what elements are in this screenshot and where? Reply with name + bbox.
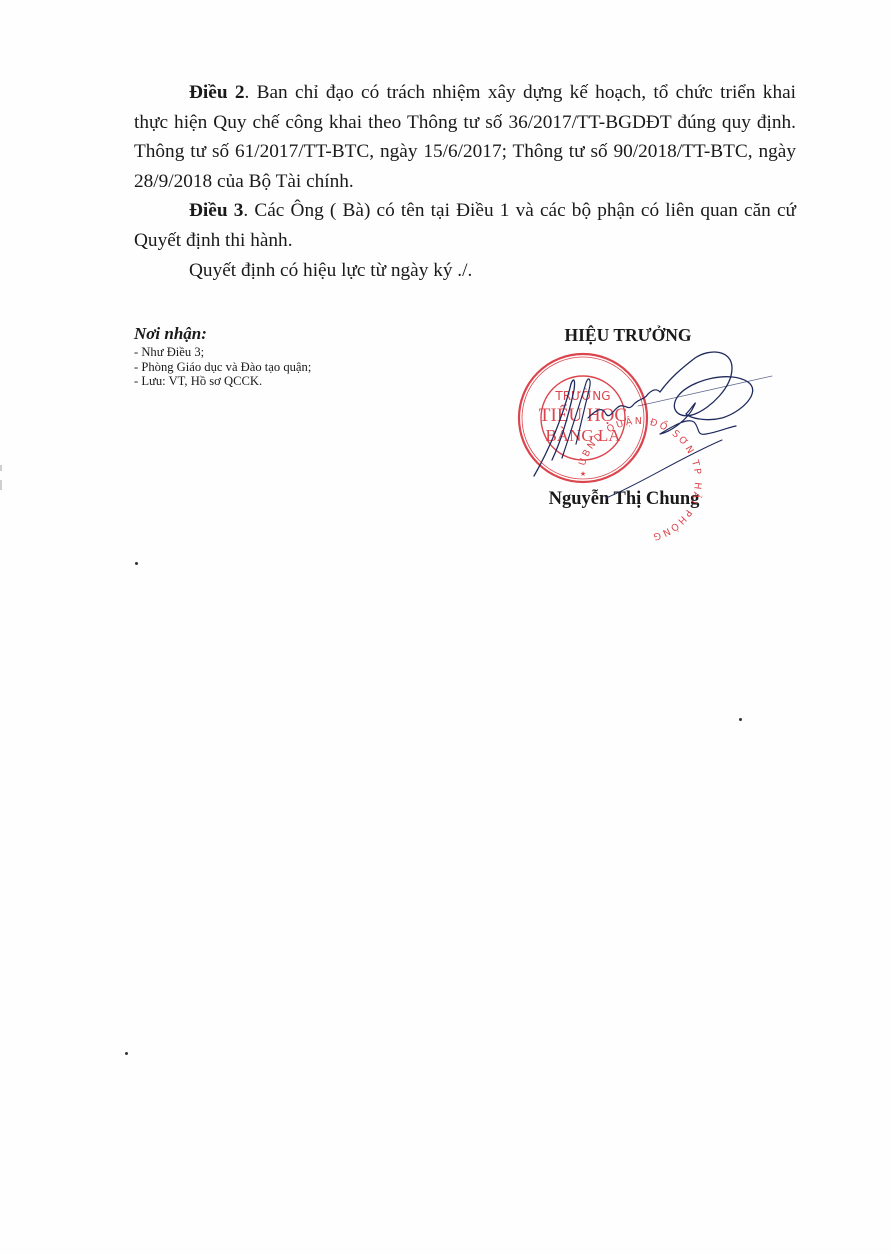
official-stamp-and-signature: UBND QUẬN ĐỒ SƠN TP HẢI PHÒNG TRƯỜNG TIỂ… [510,348,800,498]
recipient-item: - Phòng Giáo dục và Đào tạo quận; [134,360,434,375]
scan-speck [125,1052,128,1055]
article-2-label: Điều 2 [189,82,245,103]
scan-speck [739,718,742,721]
article-2: Điều 2. Ban chỉ đạo có trách nhiệm xây d… [134,78,796,196]
scan-speck [135,562,138,565]
article-3: Điều 3. Các Ông ( Bà) có tên tại Điều 1 … [134,196,796,255]
scan-edge-mark [0,465,2,471]
recipient-item: - Lưu: VT, Hồ sơ QCCK. [134,374,434,389]
article-3-label: Điều 3 [189,200,243,221]
scan-edge-mark [0,480,2,490]
recipients-title: Nơi nhận: [134,323,434,345]
recipients-block: Nơi nhận: - Như Điều 3; - Phòng Giáo dục… [134,323,434,389]
svg-text:★: ★ [580,470,586,478]
recipient-item: - Như Điều 3; [134,345,434,360]
document-body: Điều 2. Ban chỉ đạo có trách nhiệm xây d… [134,78,796,285]
effective-clause-text: Quyết định có hiệu lực từ ngày ký ./. [189,260,472,281]
signer-title: HIỆU TRƯỞNG [500,324,756,346]
document-page: Điều 2. Ban chỉ đạo có trách nhiệm xây d… [0,0,893,1254]
effective-clause: Quyết định có hiệu lực từ ngày ký ./. [134,256,796,286]
recipients-list: - Như Điều 3; - Phòng Giáo dục và Đào tạ… [134,345,434,389]
